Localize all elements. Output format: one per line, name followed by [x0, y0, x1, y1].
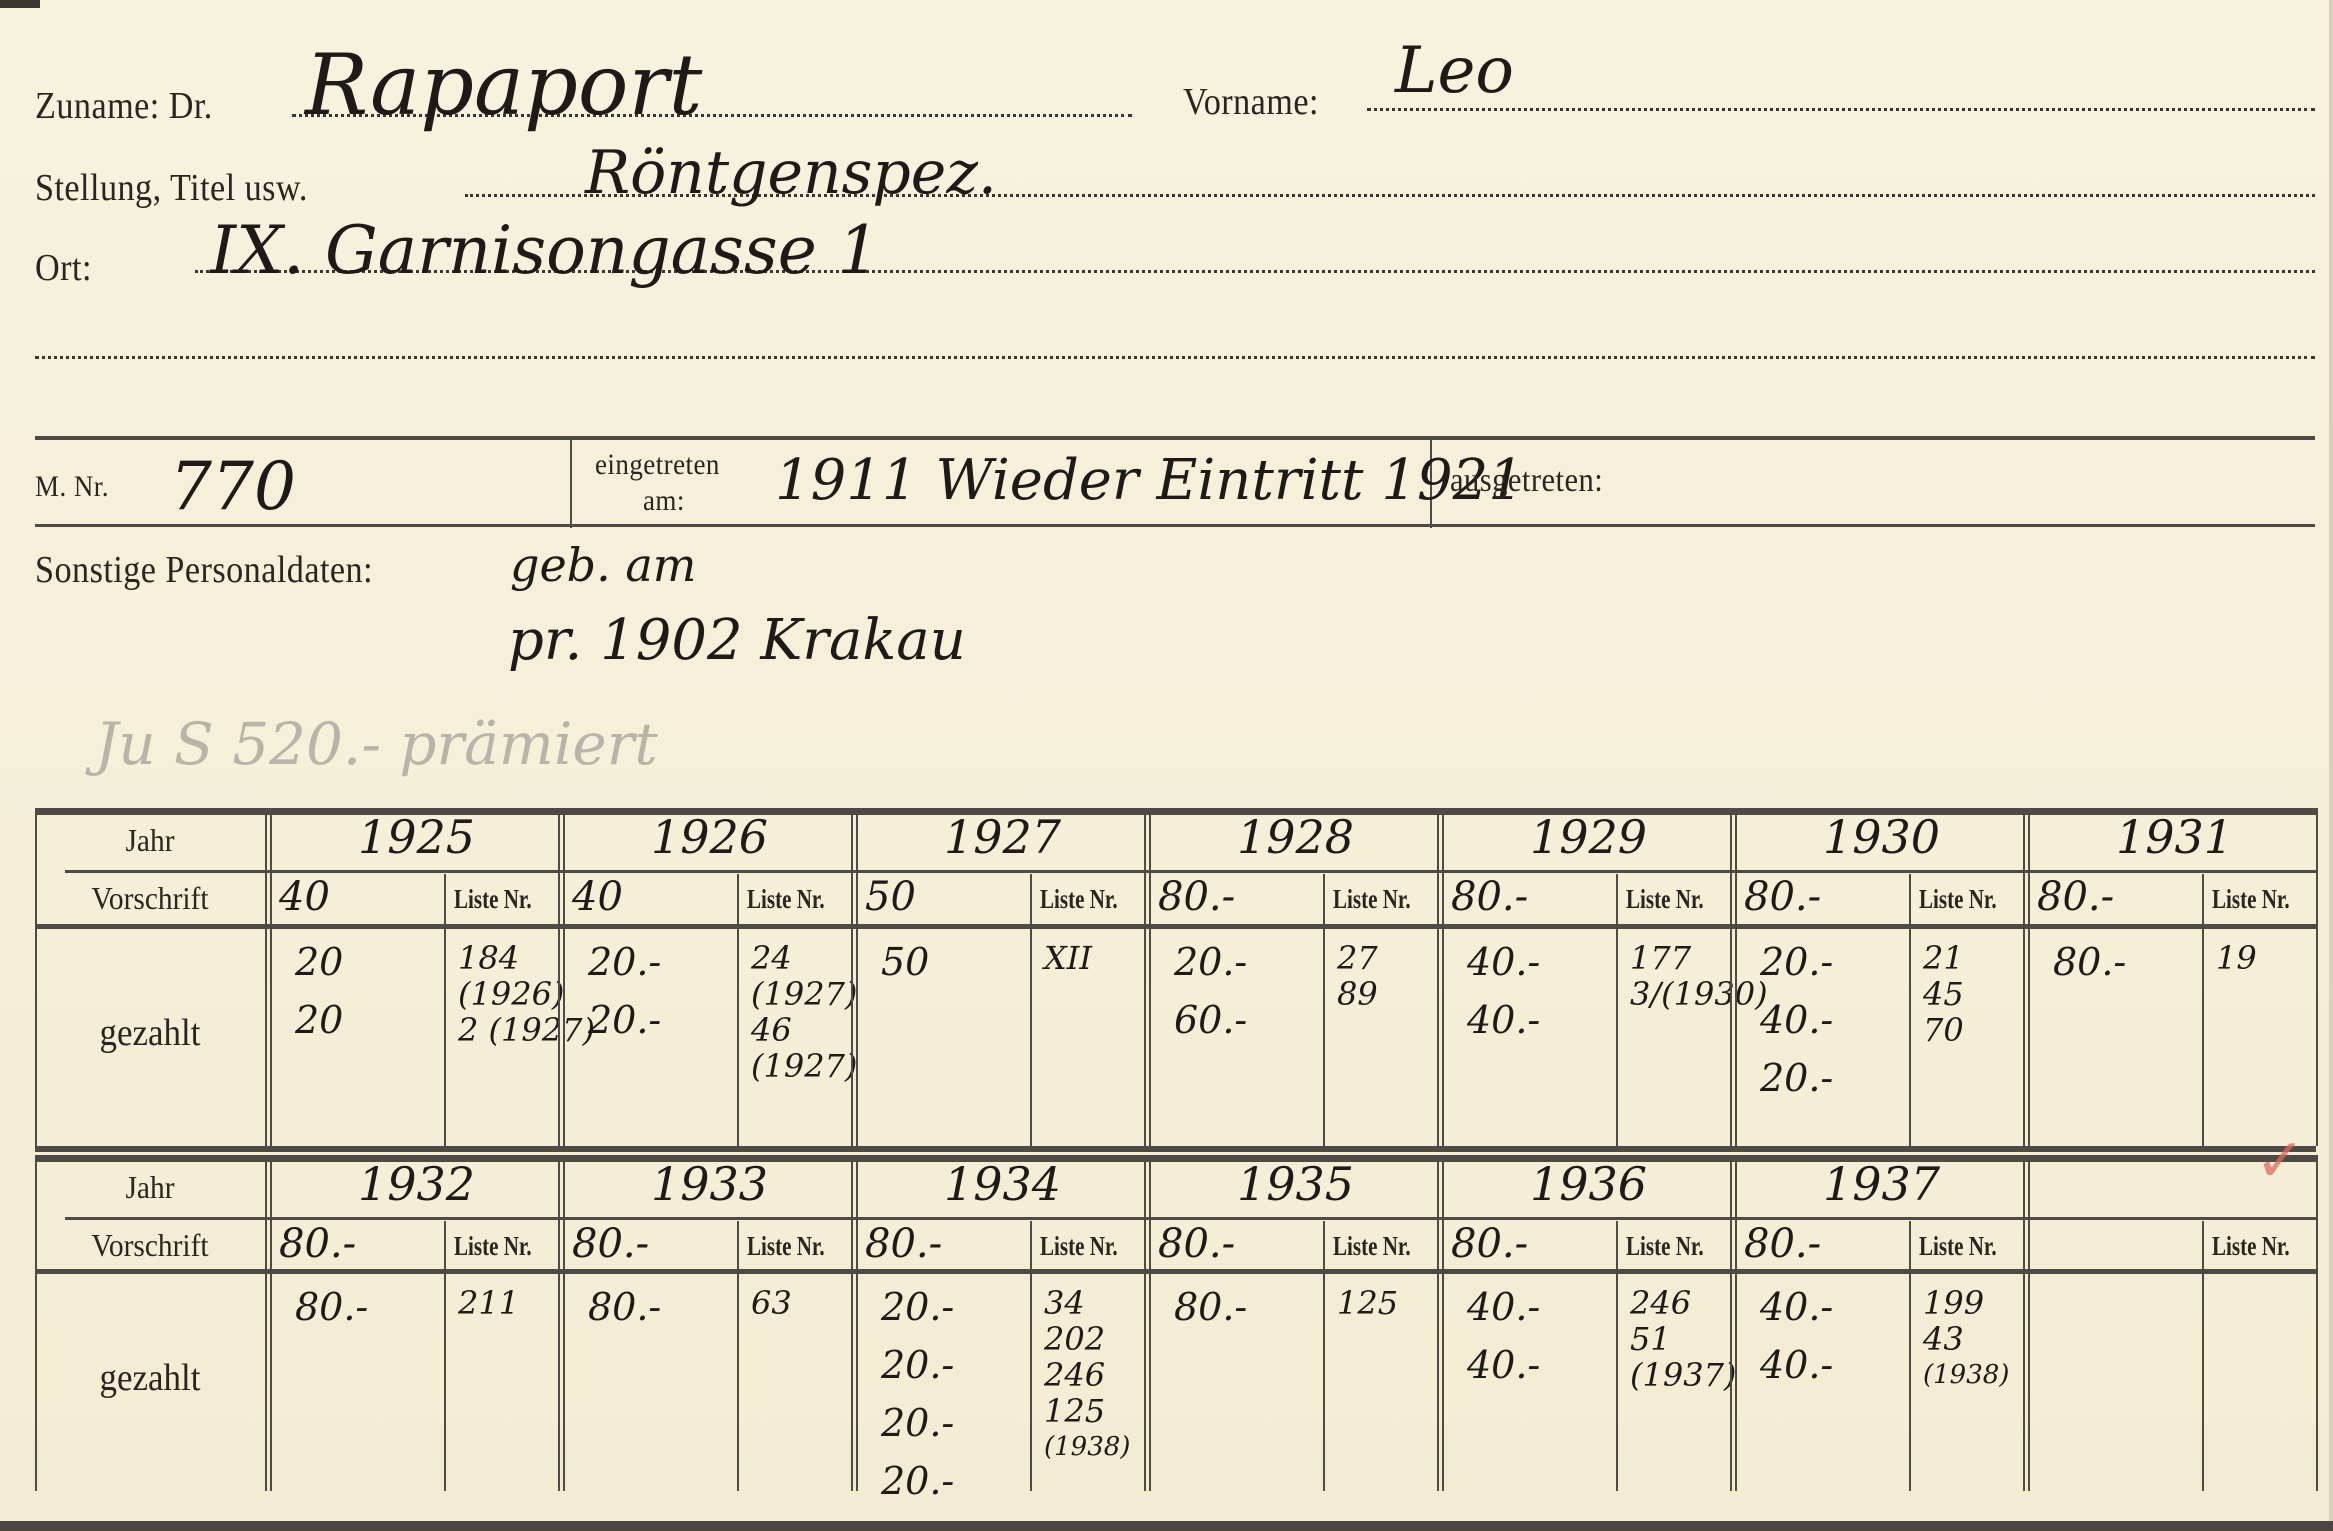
- year-divider: [1437, 814, 1439, 1146]
- gezahlt-value: 20.-: [1760, 1058, 1833, 1098]
- vorschrift-value: 80.-: [2037, 874, 2114, 920]
- year-divider: [1437, 1161, 1439, 1491]
- membership-card: Zuname: Dr. Rapaport Vorname: Leo Stellu…: [0, 0, 2333, 1531]
- liste-value: 27: [1337, 940, 1378, 976]
- year-value: 1925: [285, 810, 548, 864]
- year-value: 1935: [1164, 1157, 1427, 1211]
- gezahlt-value: 20: [295, 942, 343, 982]
- year-divider: [265, 814, 267, 1146]
- liste-value: 45: [1923, 976, 1964, 1012]
- mnr-top-rule: [35, 436, 2315, 440]
- check-mark-icon: ✓: [2255, 1126, 2305, 1196]
- liste-nr-label: Liste Nr.: [2212, 1231, 2290, 1262]
- vorschrift-value: 40: [572, 874, 623, 920]
- gezahlt-value: 50: [881, 942, 929, 982]
- liste-value: 3/(1930): [1630, 976, 1768, 1012]
- year-divider: [1730, 1161, 1732, 1491]
- liste-divider: [1323, 1221, 1325, 1491]
- stellung-label: Stellung, Titel usw.: [35, 166, 308, 210]
- gezahlt-value: 80.-: [588, 1287, 661, 1327]
- year-divider: [270, 1161, 272, 1491]
- zuname-label: Zuname: Dr.: [35, 84, 213, 128]
- year-divider: [856, 814, 858, 1146]
- personal-line-1: geb. am: [510, 538, 696, 592]
- vorschrift-value: 40: [279, 874, 330, 920]
- liste-divider: [444, 1221, 446, 1491]
- liste-divider: [2202, 1221, 2204, 1491]
- row-label-jahr: Jahr: [44, 822, 256, 859]
- liste-divider: [737, 1221, 739, 1491]
- vorschrift-value: 80.-: [572, 1221, 649, 1267]
- eingetreten-value: 1911 Wieder Eintritt 1921: [775, 448, 1524, 513]
- liste-nr-label: Liste Nr.: [1333, 884, 1411, 915]
- liste-value: 125: [1337, 1285, 1398, 1321]
- gezahlt-values: 80.-: [588, 1287, 661, 1327]
- year-divider: [563, 1161, 565, 1491]
- liste-divider: [1616, 874, 1618, 1146]
- gezahlt-value: 60.-: [1174, 1000, 1247, 1040]
- liste-divider: [1616, 1221, 1618, 1491]
- card-edge: [0, 0, 40, 8]
- year-divider: [1730, 814, 1732, 1146]
- gezahlt-values: 20.-20.-: [588, 942, 661, 1040]
- liste-nr-label: Liste Nr.: [1040, 884, 1118, 915]
- gezahlt-value: 40.-: [1760, 1000, 1833, 1040]
- liste-value: 125: [1044, 1393, 1130, 1429]
- liste-values: 24651(1937): [1630, 1285, 1736, 1393]
- table-right-border: [2316, 808, 2318, 1146]
- pencil-note: Ju S 520.- prämiert: [95, 710, 658, 778]
- gezahlt-values: 80.-: [295, 1287, 368, 1327]
- row-label-gezahlt: gezahlt: [44, 1011, 256, 1055]
- vorname-value: Leo: [1395, 34, 1514, 108]
- year-value: 1928: [1164, 810, 1427, 864]
- vorschrift-value: 80.-: [279, 1221, 356, 1267]
- gezahlt-value: 40.-: [1467, 1345, 1540, 1385]
- liste-nr-label: Liste Nr.: [454, 1231, 532, 1262]
- gezahlt-values: 40.-40.-: [1760, 1287, 1833, 1385]
- year-divider: [1149, 1161, 1151, 1491]
- year-value: 1934: [871, 1157, 1134, 1211]
- year-divider: [558, 814, 560, 1146]
- blank-line: [35, 356, 2315, 359]
- liste-value: 2 (1927): [458, 1012, 595, 1048]
- zuname-value: Rapaport: [305, 36, 702, 134]
- table-left-border: [35, 808, 37, 1146]
- gezahlt-values: 20.-20.-20.-20.-: [881, 1287, 954, 1501]
- stellung-value: Röntgenspez.: [585, 138, 997, 208]
- liste-value: 19: [2216, 940, 2257, 976]
- liste-nr-label: Liste Nr.: [747, 884, 825, 915]
- year-divider: [1735, 814, 1737, 1146]
- liste-value: 246: [1630, 1285, 1736, 1321]
- gezahlt-value: 20.-: [881, 1461, 954, 1501]
- gezahlt-value: 40.-: [1467, 942, 1540, 982]
- gezahlt-value: 20.-: [588, 1000, 661, 1040]
- liste-note: (1938): [1044, 1429, 1130, 1465]
- liste-values: 63: [751, 1285, 792, 1321]
- year-value: 1930: [1750, 810, 2013, 864]
- liste-divider: [444, 874, 446, 1146]
- eingetreten-am-label: am:: [643, 484, 685, 518]
- vorschrift-value: 80.-: [1744, 1221, 1821, 1267]
- year-divider: [2023, 814, 2025, 1146]
- year-divider: [1144, 814, 1146, 1146]
- vorschrift-value: 50: [865, 874, 916, 920]
- gezahlt-value: 40.-: [1760, 1287, 1833, 1327]
- liste-nr-label: Liste Nr.: [1919, 884, 1997, 915]
- liste-value: 184: [458, 940, 595, 976]
- liste-value: 202: [1044, 1321, 1130, 1357]
- year-divider: [270, 814, 272, 1146]
- liste-value: 46: [751, 1012, 857, 1048]
- liste-divider: [1909, 1221, 1911, 1491]
- personal-line-2: pr. 1902 Krakau: [508, 608, 966, 673]
- ort-value: IX. Garnisongasse 1: [210, 212, 880, 289]
- personal-label: Sonstige Personaldaten:: [35, 548, 373, 592]
- mnr-value: 770: [170, 448, 296, 525]
- gezahlt-values: 50: [881, 942, 929, 982]
- gezahlt-value: 20.-: [881, 1403, 954, 1443]
- year-divider: [851, 1161, 853, 1491]
- year-divider: [265, 1161, 267, 1491]
- liste-values: 34202246125(1938): [1044, 1285, 1130, 1465]
- liste-value: 63: [751, 1285, 792, 1321]
- liste-value: 211: [458, 1285, 519, 1321]
- year-divider: [563, 814, 565, 1146]
- vorschrift-value: 80.-: [1158, 874, 1235, 920]
- gezahlt-value: 20.-: [588, 942, 661, 982]
- liste-nr-label: Liste Nr.: [1919, 1231, 1997, 1262]
- liste-nr-label: Liste Nr.: [1333, 1231, 1411, 1262]
- gezahlt-values: 80.-: [1174, 1287, 1247, 1327]
- year-divider: [856, 1161, 858, 1491]
- year-value: 1933: [578, 1157, 841, 1211]
- liste-value: (1927): [751, 1048, 857, 1084]
- mnr-bottom-rule: [35, 524, 2315, 527]
- liste-divider: [1909, 874, 1911, 1146]
- vorschrift-value: 80.-: [865, 1221, 942, 1267]
- liste-value: XII: [1044, 940, 1092, 976]
- table-left-border: [35, 1155, 37, 1491]
- liste-values: 1773/(1930): [1630, 940, 1768, 1012]
- liste-values: 24(1927)46(1927): [751, 940, 857, 1084]
- year-divider: [1149, 814, 1151, 1146]
- year-value: 1936: [1457, 1157, 1720, 1211]
- eingetreten-label: eingetreten: [595, 448, 720, 482]
- liste-nr-label: Liste Nr.: [1040, 1231, 1118, 1262]
- gezahlt-value: 20.-: [1174, 942, 1247, 982]
- liste-nr-label: Liste Nr.: [747, 1231, 825, 1262]
- gezahlt-values: 20.-40.-20.-: [1760, 942, 1833, 1098]
- liste-value: 51: [1630, 1321, 1736, 1357]
- liste-divider: [2202, 874, 2204, 1146]
- liste-value: 24: [751, 940, 857, 976]
- year-value: 1927: [871, 810, 1134, 864]
- year-divider: [1735, 1161, 1737, 1491]
- vorname-line: [1367, 108, 2315, 111]
- table-row-rule: [35, 924, 2316, 929]
- gezahlt-values: 40.-40.-: [1467, 942, 1540, 1040]
- liste-values: 19943(1938): [1923, 1285, 2009, 1393]
- gezahlt-values: 40.-40.-: [1467, 1287, 1540, 1385]
- liste-value: (1937): [1630, 1357, 1736, 1393]
- gezahlt-values: 2020: [295, 942, 343, 1040]
- liste-divider: [1030, 1221, 1032, 1491]
- year-divider: [1442, 814, 1444, 1146]
- year-divider: [1442, 1161, 1444, 1491]
- liste-divider: [737, 874, 739, 1146]
- liste-value: (1927): [751, 976, 857, 1012]
- gezahlt-value: 20.-: [881, 1287, 954, 1327]
- liste-value: 246: [1044, 1357, 1130, 1393]
- gezahlt-value: 20.-: [881, 1345, 954, 1385]
- gezahlt-value: 20.-: [1760, 942, 1833, 982]
- liste-value: (1926): [458, 976, 595, 1012]
- gezahlt-value: 20: [295, 1000, 343, 1040]
- year-divider: [2023, 1161, 2025, 1491]
- year-divider: [851, 814, 853, 1146]
- vorschrift-value: 80.-: [1451, 874, 1528, 920]
- row-label-gezahlt: gezahlt: [44, 1356, 256, 1400]
- card-edge: [2329, 0, 2333, 1531]
- vorname-label: Vorname:: [1183, 80, 1319, 124]
- ort-label: Ort:: [35, 246, 92, 290]
- liste-values: 2789: [1337, 940, 1378, 1012]
- liste-value: 70: [1923, 1012, 1964, 1048]
- year-divider: [1144, 1161, 1146, 1491]
- year-divider: [2028, 814, 2030, 1146]
- gezahlt-values: 80.-: [2053, 942, 2126, 982]
- liste-nr-label: Liste Nr.: [1626, 1231, 1704, 1262]
- year-value: 1931: [2043, 810, 2306, 864]
- ausgetreten-label: ausgetreten:: [1450, 462, 1603, 500]
- liste-note: (1938): [1923, 1357, 2009, 1393]
- liste-values: 211: [458, 1285, 519, 1321]
- liste-value: 177: [1630, 940, 1768, 976]
- year-divider: [2028, 1161, 2030, 1491]
- table-right-border: [2316, 1155, 2318, 1491]
- year-value: 1937: [1750, 1157, 2013, 1211]
- mnr-label: M. Nr.: [35, 470, 109, 504]
- liste-values: XII: [1044, 940, 1092, 976]
- liste-value: 89: [1337, 976, 1378, 1012]
- liste-values: 125: [1337, 1285, 1398, 1321]
- liste-nr-label: Liste Nr.: [454, 884, 532, 915]
- mnr-divider: [570, 440, 572, 528]
- gezahlt-value: 40.-: [1467, 1287, 1540, 1327]
- vorschrift-value: 80.-: [1744, 874, 1821, 920]
- liste-value: 43: [1923, 1321, 2009, 1357]
- liste-divider: [1030, 874, 1032, 1146]
- year-value: 1932: [285, 1157, 548, 1211]
- table-bottom-rule: [35, 1146, 2316, 1152]
- table-row-rule: [65, 1217, 2316, 1220]
- year-value: 1929: [1457, 810, 1720, 864]
- liste-nr-label: Liste Nr.: [1626, 884, 1704, 915]
- liste-values: 19: [2216, 940, 2257, 976]
- gezahlt-value: 80.-: [295, 1287, 368, 1327]
- table-row-rule: [35, 1269, 2316, 1274]
- liste-value: 199: [1923, 1285, 2009, 1321]
- liste-values: 184(1926)2 (1927): [458, 940, 595, 1048]
- gezahlt-value: 80.-: [1174, 1287, 1247, 1327]
- gezahlt-value: 80.-: [2053, 942, 2126, 982]
- gezahlt-value: 40.-: [1760, 1345, 1833, 1385]
- row-label-vorschrift: Vorschrift: [44, 880, 256, 917]
- row-label-jahr: Jahr: [44, 1169, 256, 1206]
- row-label-vorschrift: Vorschrift: [44, 1227, 256, 1264]
- vorschrift-value: 80.-: [1451, 1221, 1528, 1267]
- liste-value: 21: [1923, 940, 1964, 976]
- vorschrift-value: 80.-: [1158, 1221, 1235, 1267]
- liste-values: 214570: [1923, 940, 1964, 1048]
- gezahlt-values: 20.-60.-: [1174, 942, 1247, 1040]
- year-value: 1926: [578, 810, 841, 864]
- gezahlt-value: 40.-: [1467, 1000, 1540, 1040]
- liste-nr-label: Liste Nr.: [2212, 884, 2290, 915]
- card-edge: [0, 1521, 2333, 1531]
- liste-divider: [1323, 874, 1325, 1146]
- liste-value: 34: [1044, 1285, 1130, 1321]
- table-row-rule: [65, 870, 2316, 873]
- year-divider: [558, 1161, 560, 1491]
